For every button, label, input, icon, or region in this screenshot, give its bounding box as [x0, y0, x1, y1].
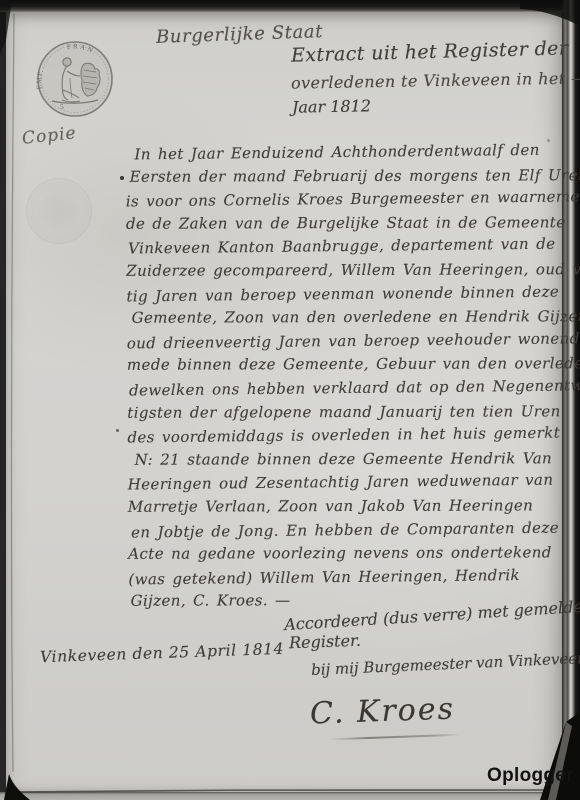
header-year-line: Jaar 1812 [292, 96, 371, 116]
closing-accord-line2: Register. [289, 631, 362, 653]
stamp-denomination: 5 [60, 102, 64, 111]
revenue-stamp: EMP. FRAN. 5 [34, 38, 116, 120]
body-line: Acte na gedane voorlezing nevens ons ond… [128, 541, 566, 566]
body-line: dewelken ons hebben verklaard dat op den… [129, 374, 565, 403]
body-line: tigsten der afgelopene maand Januarij te… [127, 400, 565, 425]
body-line: Heeringen oud Zesentachtig Jaren weduwen… [128, 469, 566, 498]
ink-speck [547, 139, 550, 142]
body-line: des voordemiddags is overleden in het hu… [127, 422, 565, 451]
body-line: tig Jaren van beroep veenman wonende bin… [126, 280, 564, 309]
ink-speck [116, 429, 119, 432]
act-body-paragraph: In het Jaar Eenduizend Achthonderdentwaa… [125, 139, 566, 614]
body-line: Zuiderzee gecompareerd, Willem Van Heeri… [126, 258, 564, 283]
body-line: Eersten der maand Februarij des morgens … [130, 164, 564, 189]
mayor-signature: C. Kroes [309, 691, 455, 731]
body-line: mede binnen deze Gemeente, Gebuur van de… [127, 353, 565, 378]
body-line: Vinkeveen Kanton Baanbrugge, departement… [128, 233, 564, 262]
oplogger-watermark: Oplogger [487, 765, 574, 787]
body-line: is voor ons Cornelis Kroes Burgemeester … [126, 186, 564, 215]
document-scan: EMP. FRAN. 5 Burgerlijke Staat Extract u… [0, 0, 580, 800]
blind-embossed-stamp [26, 178, 92, 244]
ink-speck [120, 176, 124, 180]
body-line: en Jobtje de Jong. En hebben de Comparan… [131, 516, 566, 545]
scan-edge-top [0, 0, 580, 12]
body-line: Marretje Verlaan, Zoon van Jakob Van Hee… [128, 494, 566, 519]
body-line: In het Jaar Eenduizend Achthonderdentwaa… [134, 139, 563, 167]
body-line: Gemeente, Zoon van den overledene en Hen… [132, 305, 565, 330]
stamp-outer-circle [38, 42, 112, 116]
scan-edge-bottom [0, 792, 580, 800]
